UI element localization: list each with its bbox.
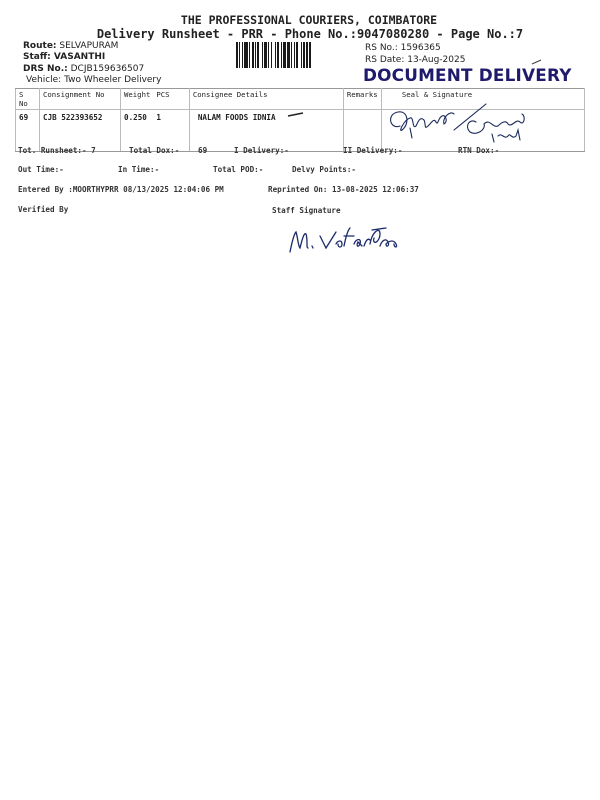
vehicle-line: Vehicle: Two Wheeler Delivery <box>26 75 161 85</box>
pen-mark-icon <box>530 57 544 67</box>
company-title: THE PROFESSIONAL COURIERS, COIMBATORE <box>0 13 600 27</box>
ii-delivery: II Delivery:- <box>343 146 402 155</box>
tot-runsheet: Tot. Runsheet:- 7 <box>18 146 96 155</box>
staff-signature-label: Staff Signature <box>272 206 341 215</box>
staff-value: VASANTHI <box>54 52 105 62</box>
out-time: Out Time:- <box>18 165 64 174</box>
vehicle-label: Vehicle: <box>26 75 61 85</box>
i-delivery: I Delivery:- <box>234 146 289 155</box>
col-s-no: S No <box>16 89 40 110</box>
recipient-signature-icon <box>380 100 540 145</box>
route-value: SELVAPURAM <box>59 41 118 51</box>
route-line: Route: SELVAPURAM <box>23 41 118 51</box>
in-time: In Time:- <box>118 165 159 174</box>
runsheet-subtitle: Delivery Runsheet - PRR - Phone No.:9047… <box>0 27 600 41</box>
rs-date: RS Date: 13-Aug-2025 <box>365 55 465 65</box>
delvy-points: Delvy Points:- <box>292 165 356 174</box>
total-pod: Total POD:- <box>213 165 263 174</box>
entered-by: Entered By :MOORTHYPRR 08/13/2025 12:04:… <box>18 185 224 194</box>
route-label: Route: <box>23 41 57 51</box>
vehicle-value: Two Wheeler Delivery <box>64 75 161 85</box>
drs-label: DRS No.: <box>23 64 68 74</box>
barcode <box>236 42 358 68</box>
staff-label: Staff: <box>23 52 51 62</box>
col-remarks: Remarks <box>343 89 381 110</box>
col-consignment-no: Consignment No <box>40 89 121 110</box>
staff-line: Staff: VASANTHI <box>23 52 105 62</box>
drs-value: DCJB159636507 <box>71 64 145 74</box>
total-dox-label: Total Dox:- <box>129 146 179 155</box>
staff-signature-icon <box>286 222 406 258</box>
drs-line: DRS No.: DCJB159636507 <box>23 64 144 74</box>
reprinted-on: Reprinted On: 13-08-2025 12:06:37 <box>268 185 419 194</box>
rs-number: RS No.: 1596365 <box>365 43 441 53</box>
rtn-dox: RTN Dox:- <box>458 146 499 155</box>
document-delivery-stamp: DOCUMENT DELIVERY <box>363 66 572 85</box>
verified-by: Verified By <box>18 205 68 214</box>
total-dox-value: 69 <box>198 146 207 155</box>
pen-mark-icon <box>286 110 306 120</box>
col-weight: Weight <box>121 89 154 110</box>
col-consignee-details: Consignee Details <box>189 89 343 110</box>
col-pcs: PCS <box>153 89 189 110</box>
